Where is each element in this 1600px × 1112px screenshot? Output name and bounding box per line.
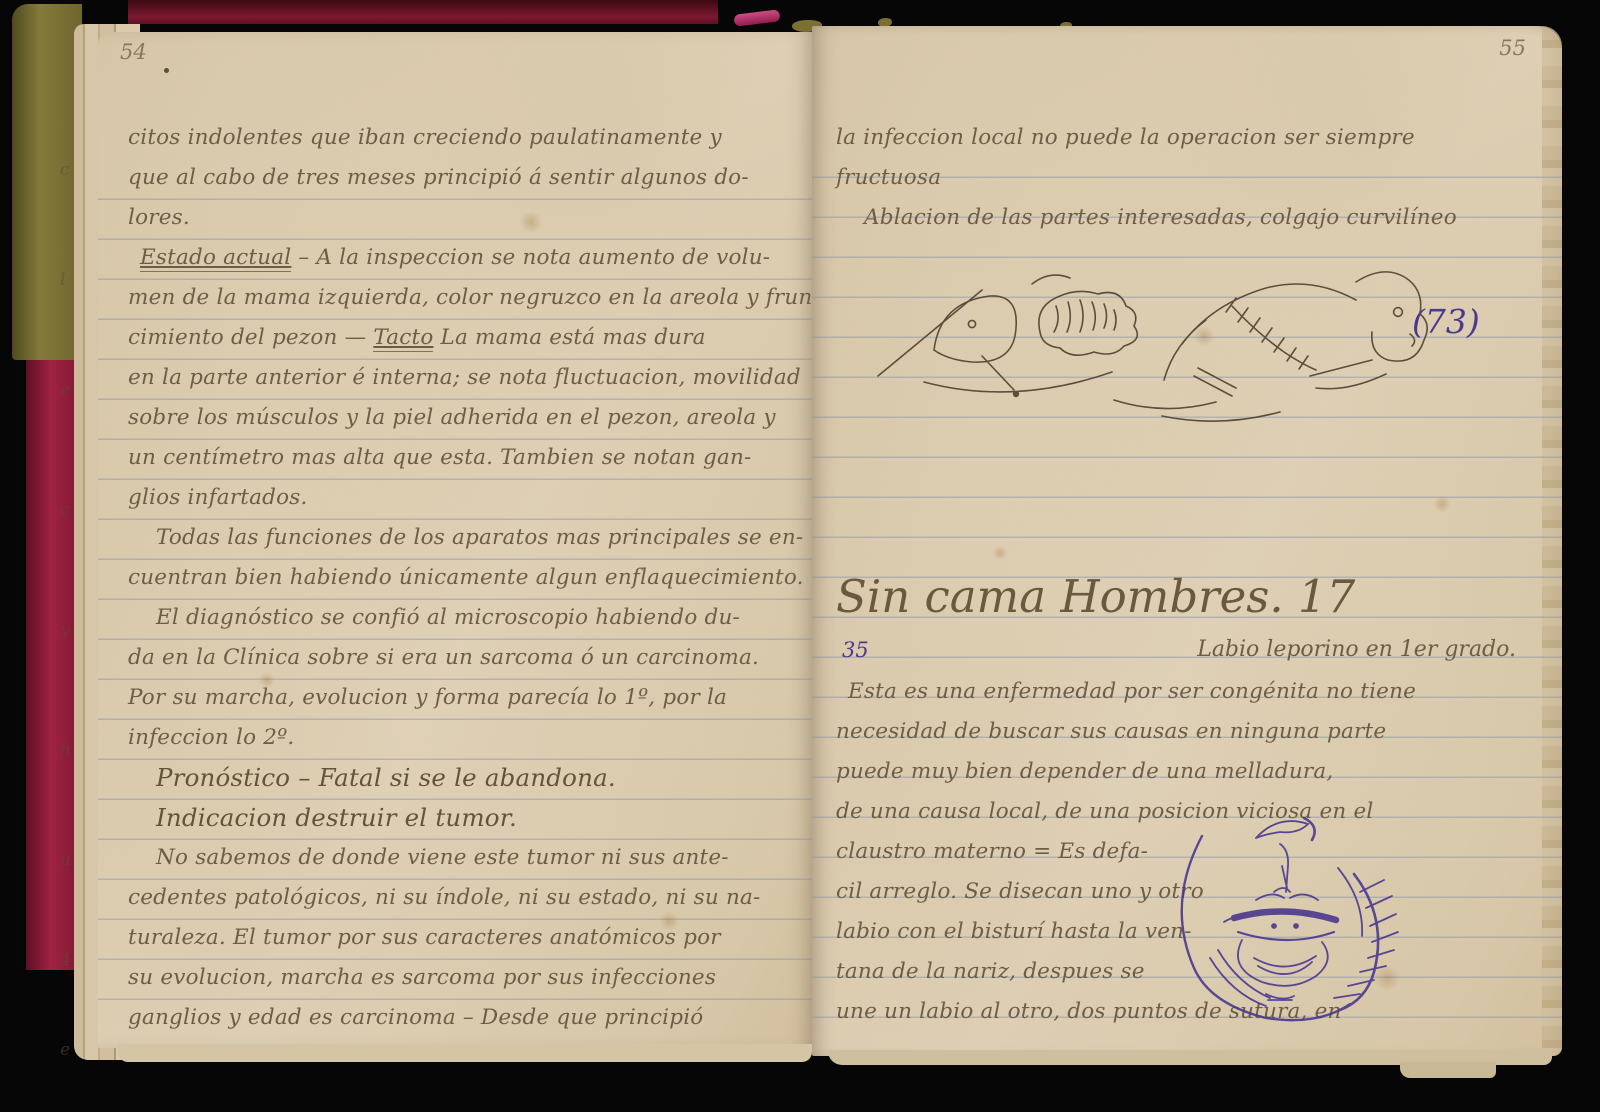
notebook-scan: c l e c y h u 4 e 54 citos indolentes qu… <box>0 0 1600 1112</box>
ink-dot <box>164 68 169 73</box>
breast-operation-sketch <box>864 248 1479 423</box>
manuscript-line: glios infartados. <box>128 478 804 518</box>
right-page-top-text: la infeccion local no puede la operacion… <box>836 118 1522 238</box>
manuscript-line: Esta es una enfermedad por ser congénita… <box>836 672 1522 712</box>
edge-mark: 4 <box>60 950 71 970</box>
manuscript-line: sobre los músculos y la piel adherida en… <box>128 398 804 438</box>
page-edge-marks: c l e c y h u 4 e <box>52 120 96 1040</box>
manuscript-line: lores. <box>128 198 804 238</box>
manuscript-line: Ablacion de las partes interesadas, colg… <box>836 198 1522 238</box>
figure-label: (73) <box>1412 302 1480 341</box>
under-page-edge <box>118 1044 812 1062</box>
manuscript-line: citos indolentes que iban creciendo paul… <box>128 118 804 158</box>
under-page-edge <box>1400 1062 1496 1078</box>
edge-mark: u <box>60 850 71 870</box>
edge-mark: e <box>60 380 70 400</box>
manuscript-line: que al cabo de tres meses principió á se… <box>128 158 804 198</box>
line-text: – A la inspeccion se nota aumento de vol… <box>291 245 770 270</box>
edge-mark: e <box>60 1040 70 1060</box>
edge-mark: h <box>60 740 71 760</box>
page-number-left: 54 <box>120 40 147 64</box>
manuscript-line: Estado actual – A la inspeccion se nota … <box>128 238 804 278</box>
underlined-word: Estado actual <box>140 245 291 272</box>
line-text: cimiento del pezon — <box>128 325 373 350</box>
manuscript-line: Pronóstico – Fatal si se le abandona. <box>128 758 804 798</box>
manuscript-line: No sabemos de donde viene este tumor ni … <box>128 838 804 878</box>
edge-mark: c <box>60 500 70 520</box>
margin-number: 35 <box>842 628 869 672</box>
manuscript-line: en la parte anterior é interna; se nota … <box>128 358 804 398</box>
manuscript-line: infeccion lo 2º. <box>128 718 804 758</box>
right-page: 55 la infeccion local no puede la operac… <box>812 26 1562 1056</box>
manuscript-line: necesidad de buscar sus causas en ningun… <box>836 712 1522 752</box>
deckled-page-edge <box>1542 26 1562 1056</box>
subheading-row: 35 Labio leporino en 1er grado. <box>836 628 1522 672</box>
manuscript-line: El diagnóstico se confió al microscopio … <box>128 598 804 638</box>
manuscript-line: cedentes patológicos, ni su índole, ni s… <box>128 878 804 918</box>
section-heading: Sin cama Hombres. 17 <box>836 566 1522 628</box>
edge-mark: c <box>60 160 70 180</box>
underlined-word: Tacto <box>373 325 433 352</box>
case-subheading: Labio leporino en 1er grado. <box>1197 628 1516 672</box>
page-number-right: 55 <box>1499 36 1526 60</box>
manuscript-line: Por su marcha, evolucion y forma parecía… <box>128 678 804 718</box>
manuscript-line: men de la mama izquierda, color negruzco… <box>128 278 804 318</box>
manuscript-line: Todas las funciones de los aparatos mas … <box>128 518 804 558</box>
headband-thread <box>733 9 780 27</box>
manuscript-line: puede muy bien depender de una melladura… <box>836 752 1522 792</box>
cleft-lip-face-sketch <box>1138 808 1428 1033</box>
line-text: La mama está mas dura <box>433 325 705 350</box>
manuscript-line: cuentran bien habiendo únicamente algun … <box>128 558 804 598</box>
cover-red-top-edge <box>128 0 718 24</box>
manuscript-line: ganglios y edad es carcinoma – Desde que… <box>128 998 804 1038</box>
manuscript-line: su evolucion, marcha es sarcoma por sus … <box>128 958 804 998</box>
left-page: 54 citos indolentes que iban creciendo p… <box>98 32 812 1048</box>
edge-mark: l <box>60 270 65 290</box>
edge-mark: y <box>60 620 70 640</box>
manuscript-line: Indicacion destruir el tumor. <box>128 798 804 838</box>
manuscript-line: cimiento del pezon — Tacto La mama está … <box>128 318 804 358</box>
manuscript-line: turaleza. El tumor por sus caracteres an… <box>128 918 804 958</box>
manuscript-line: da en la Clínica sobre si era un sarcoma… <box>128 638 804 678</box>
manuscript-line: la infeccion local no puede la operacion… <box>836 118 1522 158</box>
manuscript-line: un centímetro mas alta que esta. Tambien… <box>128 438 804 478</box>
manuscript-line: fructuosa <box>836 158 1522 198</box>
left-page-text: citos indolentes que iban creciendo paul… <box>128 118 804 1038</box>
